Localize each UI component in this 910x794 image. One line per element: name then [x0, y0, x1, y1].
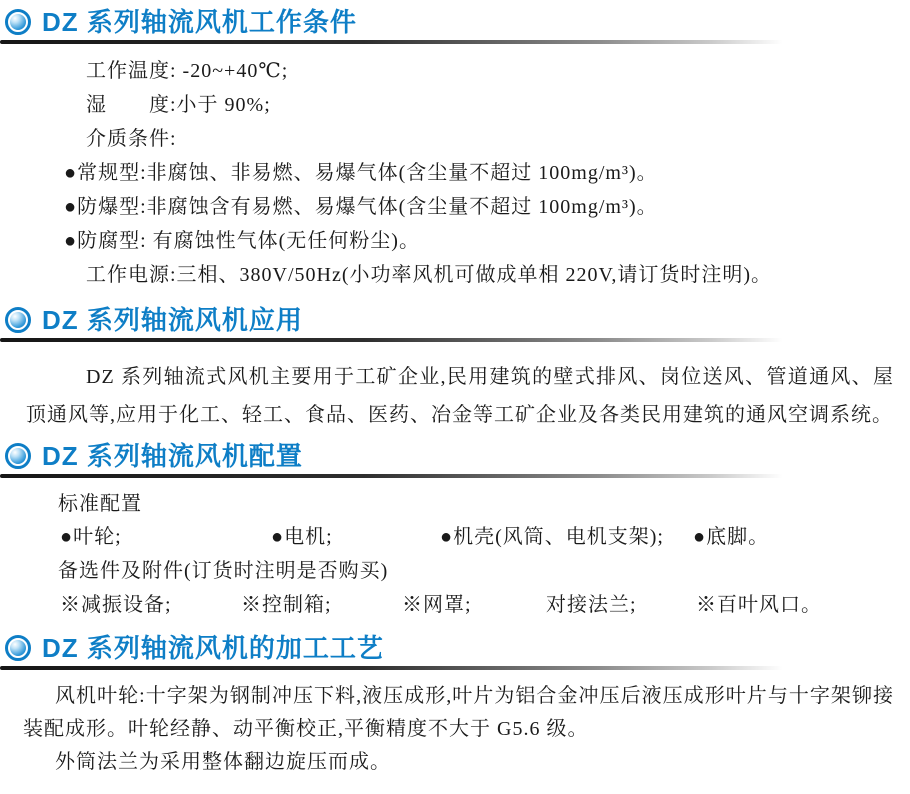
- standard-config-row: ●叶轮; ●电机; ●机壳(风筒、电机支架); ●底脚。: [60, 520, 910, 554]
- condition-line-anticorrosion-type: ●防腐型: 有腐蚀性气体(无任何粉尘)。: [64, 224, 910, 258]
- section-header-conditions: DZ 系列轴流风机工作条件: [0, 6, 910, 38]
- optional-item-control-box: ※控制箱;: [241, 588, 396, 622]
- conditions-list: 工作温度: -20~+40℃; 湿 度:小于 90%; 介质条件: ●常规型:非…: [0, 54, 910, 292]
- section-divider: [0, 338, 910, 342]
- section-divider: [0, 474, 910, 478]
- optional-item-flange: 对接法兰;: [546, 588, 690, 622]
- standard-item-impeller: ●叶轮;: [60, 520, 265, 554]
- optional-item-damping: ※减振设备;: [60, 588, 235, 622]
- section-title-process: DZ 系列轴流风机的加工工艺: [42, 632, 384, 664]
- section-header-configuration: DZ 系列轴流风机配置: [0, 440, 910, 472]
- condition-line-medium: 介质条件:: [86, 122, 910, 156]
- optional-config-label: 备选件及附件(订货时注明是否购买): [58, 554, 910, 588]
- process-paragraph-impeller: 风机叶轮:十字架为钢制冲压下料,液压成形,叶片为铝合金冲压后液压成形叶片与十字架…: [23, 680, 894, 746]
- application-paragraph: DZ 系列轴流式风机主要用于工矿企业,民用建筑的壁式排风、岗位送风、管道通风、屋…: [26, 358, 894, 434]
- process-paragraph-flange: 外筒法兰为采用整体翻边旋压而成。: [23, 746, 894, 779]
- section-header-process: DZ 系列轴流风机的加工工艺: [0, 632, 910, 664]
- section-divider: [0, 666, 910, 670]
- condition-line-regular-type: ●常规型:非腐蚀、非易燃、易爆气体(含尘量不超过 100mg/m³)。: [64, 156, 910, 190]
- process-paragraphs: 风机叶轮:十字架为钢制冲压下料,液压成形,叶片为铝合金冲压后液压成形叶片与十字架…: [0, 680, 910, 779]
- optional-item-mesh-guard: ※网罩;: [402, 588, 540, 622]
- section-divider: [0, 40, 910, 44]
- standard-config-label: 标准配置: [58, 488, 910, 520]
- optional-config-row: ※减振设备; ※控制箱; ※网罩; 对接法兰; ※百叶风口。: [60, 588, 910, 622]
- standard-item-motor: ●电机;: [271, 520, 434, 554]
- condition-line-humidity: 湿 度:小于 90%;: [86, 88, 910, 122]
- condition-line-temperature: 工作温度: -20~+40℃;: [86, 54, 910, 88]
- section-title-application: DZ 系列轴流风机应用: [42, 304, 303, 336]
- section-title-conditions: DZ 系列轴流风机工作条件: [42, 6, 357, 38]
- section-title-configuration: DZ 系列轴流风机配置: [42, 440, 303, 472]
- condition-line-explosionproof-type: ●防爆型:非腐蚀含有易燃、易爆气体(含尘量不超过 100mg/m³)。: [64, 190, 910, 224]
- concentric-circle-icon: [5, 443, 31, 469]
- catalog-page: DZ 系列轴流风机工作条件 工作温度: -20~+40℃; 湿 度:小于 90%…: [0, 0, 910, 794]
- condition-line-power: 工作电源:三相、380V/50Hz(小功率风机可做成单相 220V,请订货时注明…: [86, 258, 910, 292]
- concentric-circle-icon: [5, 9, 31, 35]
- standard-item-casing: ●机壳(风筒、电机支架);: [440, 520, 687, 554]
- section-header-application: DZ 系列轴流风机应用: [0, 304, 910, 336]
- concentric-circle-icon: [5, 635, 31, 661]
- standard-item-foot: ●底脚。: [693, 520, 769, 554]
- optional-item-louver: ※百叶风口。: [696, 588, 822, 622]
- concentric-circle-icon: [5, 307, 31, 333]
